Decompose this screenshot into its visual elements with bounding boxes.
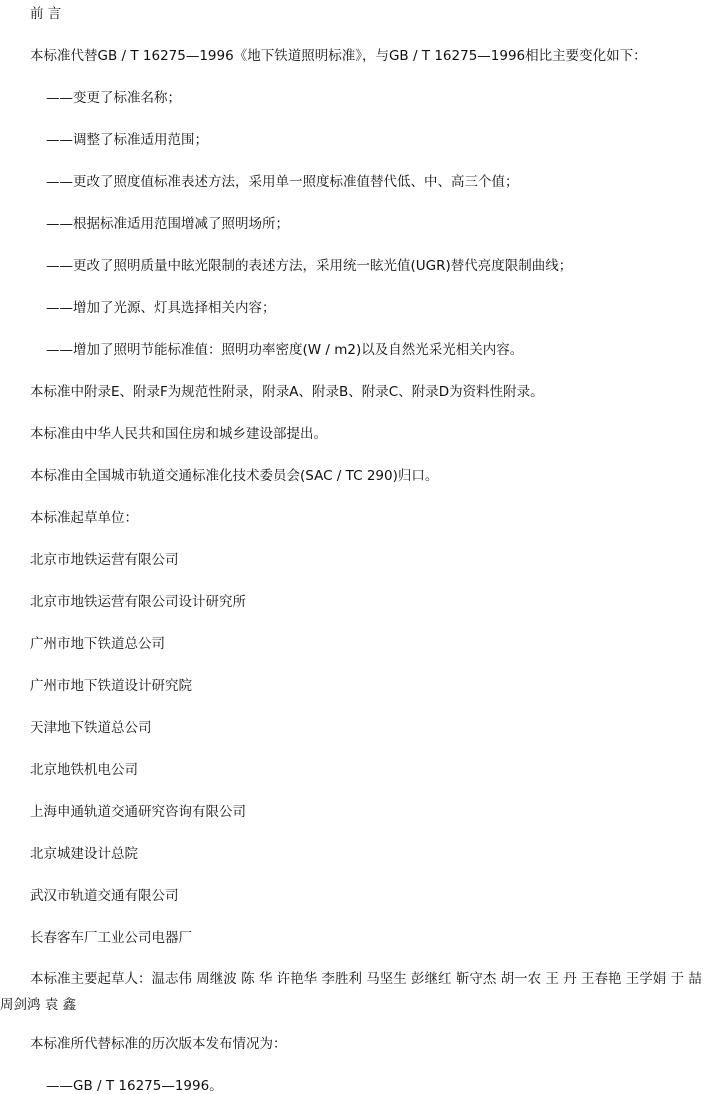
drafting-units-label: 本标准起草单位： [30, 510, 138, 526]
change-item: ——根据标准适用范围增减了照明场所； [46, 216, 289, 232]
drafting-unit: 上海申通轨道交通研究咨询有限公司 [30, 804, 246, 820]
drafting-unit: 长春客车厂工业公司电器厂 [30, 930, 192, 946]
history-label: 本标准所代替标准的历次版本发布情况为： [30, 1036, 287, 1052]
drafting-unit: 北京城建设计总院 [30, 846, 138, 862]
drafting-unit: 天津地下铁道总公司 [30, 720, 152, 736]
drafting-unit: 北京市地铁运营有限公司 [30, 552, 179, 568]
heading: 前 言 [30, 6, 61, 22]
drafting-unit: 广州市地下铁道设计研究院 [30, 678, 192, 694]
change-item: ——变更了标准名称； [46, 90, 181, 106]
drafting-unit: 广州市地下铁道总公司 [30, 636, 165, 652]
change-item: ——更改了照明质量中眩光限制的表述方法，采用统一眩光值(UGR)替代亮度限制曲线… [46, 258, 572, 274]
drafters-paragraph: 本标准主要起草人：温志伟 周继波 陈 华 许艳华 李胜利 马坚生 彭继红 靳守杰… [0, 966, 716, 1018]
intro-paragraph: 本标准代替GB / T 16275—1996《地下铁道照明标准》，与GB / T… [30, 48, 647, 64]
centralized-note: 本标准由全国城市轨道交通标准化技术委员会(SAC / TC 290)归口。 [30, 468, 438, 484]
change-item: ——调整了标准适用范围； [46, 132, 208, 148]
drafting-unit: 北京市地铁运营有限公司设计研究所 [30, 594, 246, 610]
change-item: ——增加了照明节能标准值：照明功率密度(W / m2)以及自然光采光相关内容。 [46, 342, 523, 358]
appendix-note: 本标准中附录E、附录F为规范性附录，附录A、附录B、附录C、附录D为资料性附录。 [30, 384, 544, 400]
history-item: ——GB / T 16275—1996。 [46, 1078, 223, 1094]
change-item: ——更改了照度值标准表述方法，采用单一照度标准值替代低、中、高三个值； [46, 174, 519, 190]
change-item: ——增加了光源、灯具选择相关内容； [46, 300, 276, 316]
drafting-unit: 北京地铁机电公司 [30, 762, 138, 778]
drafting-unit: 武汉市轨道交通有限公司 [30, 888, 179, 904]
proposer-note: 本标准由中华人民共和国住房和城乡建设部提出。 [30, 426, 327, 442]
